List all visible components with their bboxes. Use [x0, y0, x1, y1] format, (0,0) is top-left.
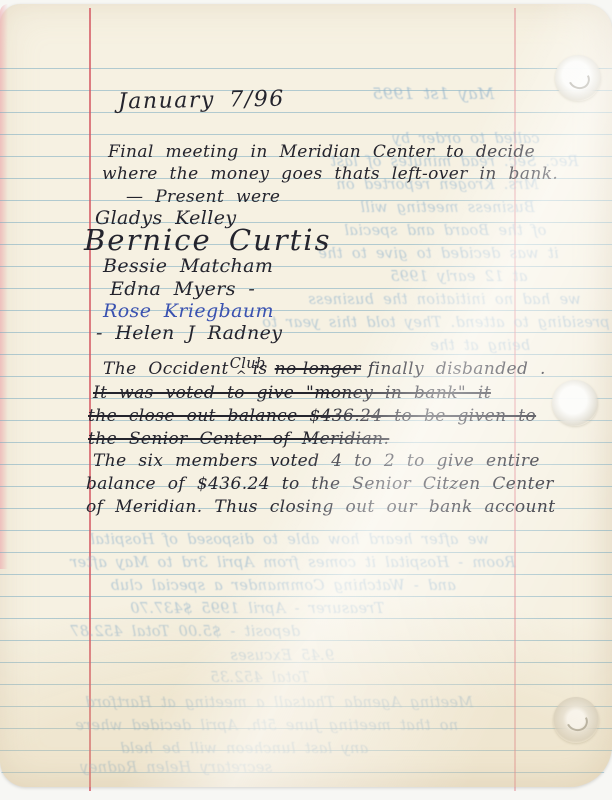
struck-line: the Senior Center of Meridian.	[88, 431, 389, 448]
attendee-name: Rose Kriegbaum	[103, 302, 274, 321]
ghost-line: May 1st 1995	[372, 86, 494, 102]
ghost-line: deposit - $5.00 Total 452.87	[70, 625, 300, 640]
heading-date: January 7/96	[118, 89, 285, 114]
closing-line-2: balance of $436.24 to the Senior Citzen …	[86, 476, 554, 493]
right-margin-line	[514, 8, 516, 791]
ghost-line: no that meeting June 5th. April decided …	[75, 719, 458, 734]
struck-line: It was voted to give "money in bank" it	[93, 385, 491, 402]
ghost-line: we after heard how able to disposed of H…	[90, 533, 489, 548]
attendee-name: Bessie Matcham	[103, 257, 273, 276]
closing-line-1: The six members voted 4 to 2 to give ent…	[93, 453, 540, 470]
closing-line-3: of Meridian. Thus closing out our bank a…	[86, 499, 555, 516]
scanned-notebook-page: May 1st 1995 called to order by Rec. Sec…	[0, 0, 612, 800]
minutes-intro-line-2: where the money goes thats left-over in …	[102, 166, 558, 183]
ghost-line: Region presiding to attend. They told th…	[262, 316, 612, 331]
ghost-line: Meeting Agenda Thatsall a meeting at Har…	[85, 696, 473, 711]
occident-pre: The Occident	[103, 361, 229, 378]
ghost-line: Room - Hospital it comes from April 3rd …	[70, 556, 515, 571]
ghost-line: any last luncheon will be held	[120, 742, 368, 757]
struck-line: the close out balance $436.24 to be give…	[88, 408, 536, 425]
attendee-name: Bernice Curtis	[84, 226, 331, 255]
left-margin-line	[89, 8, 91, 791]
ghost-line: at 12 early 1995	[390, 270, 527, 285]
ghost-line: 9.45 Excuses	[230, 649, 334, 664]
ghost-line: being at the	[430, 339, 530, 354]
binder-hole-bottom	[553, 697, 599, 743]
hole-tear-mark	[565, 66, 593, 92]
ghost-line: secretary Helen Radney	[80, 761, 272, 776]
occident-post: finally disbanded .	[368, 361, 546, 378]
ghost-line: and - Watching Commander a special club	[110, 579, 456, 594]
attendee-name: - Helen J Radney	[96, 324, 282, 343]
ghost-line: it was decided to give to the	[318, 247, 559, 262]
ghost-line: Business meeting will	[360, 201, 535, 216]
struck-words: no-longer	[275, 361, 361, 378]
attendee-name: Edna Myers -	[110, 280, 255, 299]
binder-hole-top	[555, 55, 601, 101]
hole-tear-mark	[563, 708, 591, 734]
inserted-word: Club	[230, 357, 266, 372]
binder-hole-middle	[552, 380, 598, 426]
ghost-line: Treasurer - April 1995 $437.70	[130, 602, 384, 617]
minutes-intro-line-1: Final meeting in Meridian Center to deci…	[108, 144, 535, 161]
paper-sheet: May 1st 1995 called to order by Rec. Sec…	[0, 4, 612, 787]
ghost-line: we had no initiation the business	[308, 293, 581, 308]
ghost-line: of the Board and special	[344, 224, 546, 239]
ghost-line: Total 452.35	[210, 671, 309, 686]
occident-sentence: The Occident ^ Club is no-longer finally…	[103, 361, 546, 378]
present-were-label: — Present were	[126, 189, 280, 206]
